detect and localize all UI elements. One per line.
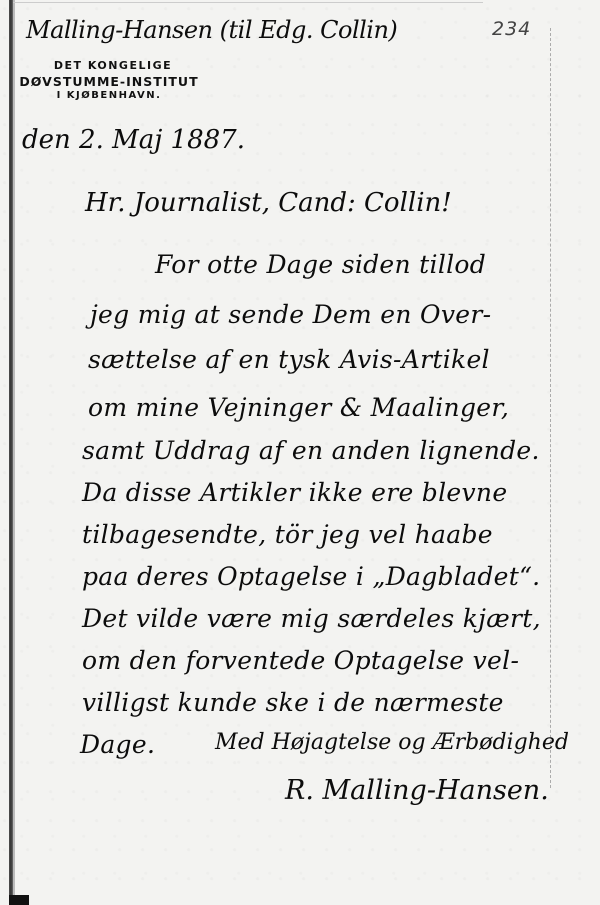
body-line: samt Uddrag af en anden lignende. xyxy=(82,436,540,465)
body-line: villigst kunde ske i de nærmeste xyxy=(82,688,504,717)
salutation: Hr. Journalist, Cand: Collin! xyxy=(85,188,452,218)
letterhead: DET KONGELIGE DØVSTUMME-INSTITUT I KJØBE… xyxy=(14,60,204,101)
letterhead-line-1: DET KONGELIGE xyxy=(22,60,204,72)
body-line: jeg mig at sende Dem en Over- xyxy=(90,300,491,329)
letterhead-line-2: DØVSTUMME-INSTITUT xyxy=(14,75,204,88)
page-left-border-shadow xyxy=(13,0,15,905)
archive-page-number: 234 xyxy=(492,18,531,40)
body-line: For otte Dage siden tillod xyxy=(155,250,486,279)
letter-date: den 2. Maj 1887. xyxy=(22,125,245,155)
body-line: om mine Vejninger & Maalinger, xyxy=(88,393,509,422)
scanned-letter-page: 234 Malling-Hansen (til Edg. Collin) DET… xyxy=(0,0,600,905)
closing-phrase: Med Højagtelse og Ærbødighed xyxy=(215,730,569,755)
body-line: sættelse af en tysk Avis-Artikel xyxy=(88,345,490,374)
letterhead-line-3: I KJØBENHAVN. xyxy=(14,91,204,102)
page-fold-line xyxy=(550,28,551,788)
body-line: tilbagesendte, tör jeg vel haabe xyxy=(82,520,493,549)
signature: R. Malling-Hansen. xyxy=(285,775,549,806)
body-line: Da disse Artikler ikke ere blevne xyxy=(82,478,507,507)
body-line: Dage. xyxy=(80,730,155,759)
archival-annotation: Malling-Hansen (til Edg. Collin) xyxy=(26,16,397,44)
page-bottom-corner xyxy=(9,895,29,905)
page-top-border xyxy=(13,2,483,3)
body-line: om den forventede Optagelse vel- xyxy=(82,646,519,675)
body-line: paa deres Optagelse i „Dagbladet“. xyxy=(82,562,540,591)
body-line: Det vilde være mig særdeles kjært, xyxy=(82,604,541,633)
